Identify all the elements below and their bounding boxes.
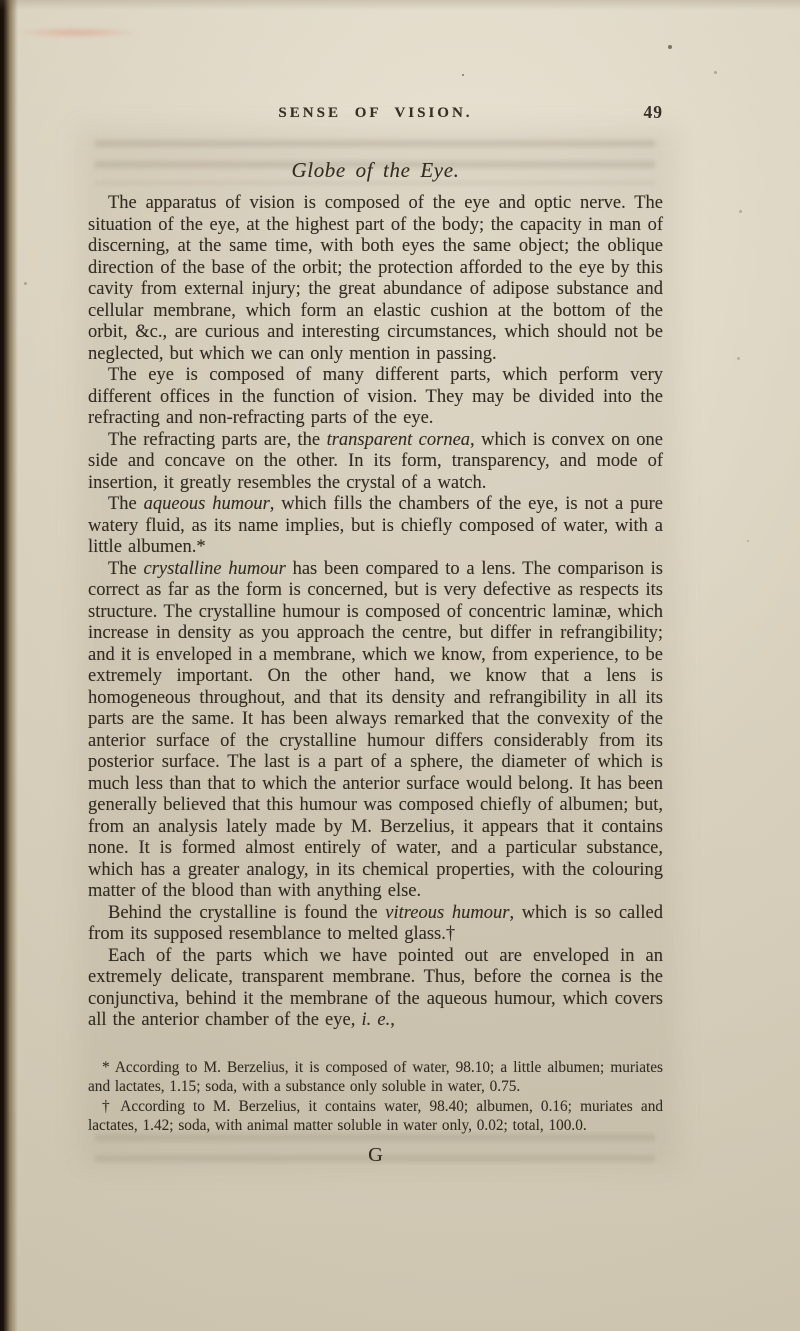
paper-speck (714, 71, 717, 74)
italic-term-aqueous-humour: aqueous humour (144, 494, 270, 514)
book-page-scan: SENSE OF VISION. 49 Globe of the Eye. Th… (0, 0, 800, 1331)
paper-speck (747, 540, 749, 542)
paragraph-apparatus-of-vision: The apparatus of vision is composed of t… (88, 193, 663, 365)
footnote-asterisk: * According to M. Berzelius, it is compo… (88, 1058, 663, 1097)
running-header: SENSE OF VISION. 49 (88, 104, 663, 126)
paragraph-text: , (390, 1010, 395, 1030)
paragraph-eye-parts: The eye is composed of many different pa… (88, 365, 663, 430)
italic-term-ie: i. e. (361, 1010, 390, 1030)
paragraph-text: has been compared to a lens. The compari… (88, 559, 663, 902)
text-block: SENSE OF VISION. 49 Globe of the Eye. Th… (88, 0, 663, 1167)
footnotes: * According to M. Berzelius, it is compo… (88, 1058, 663, 1136)
paper-speck (668, 45, 672, 49)
book-gutter-shadow (0, 0, 18, 1331)
footnote-dagger: † According to M. Berzelius, it contains… (88, 1097, 663, 1136)
paragraph-text: Behind the crystalline is found the (108, 903, 385, 923)
italic-term-vitreous-humour: vitreous humour (385, 903, 509, 923)
paper-speck (739, 210, 742, 213)
section-heading: Globe of the Eye. (88, 158, 663, 183)
paragraph-text: The (108, 494, 144, 514)
body-text: The apparatus of vision is composed of t… (88, 193, 663, 1032)
paragraph-refracting-parts: The refracting parts are, the transparen… (88, 430, 663, 495)
paragraph-membranes: Each of the parts which we have pointed … (88, 946, 663, 1032)
paragraph-text: The (108, 559, 144, 579)
running-title: SENSE OF VISION. (278, 105, 472, 121)
paragraph-crystalline-humour: The crystalline humour has been compared… (88, 559, 663, 903)
page-number: 49 (644, 102, 664, 123)
italic-term-crystalline-humour: crystalline humour (144, 559, 286, 579)
signature-mark: G (88, 1144, 663, 1167)
paper-speck (737, 357, 740, 360)
paper-speck (24, 282, 27, 285)
paragraph-text: The apparatus of vision is composed of t… (88, 193, 663, 364)
italic-term-transparent-cornea: transparent cornea (327, 430, 470, 450)
paragraph-vitreous-humour: Behind the crystalline is found the vitr… (88, 903, 663, 946)
paragraph-aqueous-humour: The aqueous humour, which fills the cham… (88, 494, 663, 559)
paragraph-text: The eye is composed of many different pa… (88, 365, 663, 428)
paragraph-text: The refracting parts are, the (108, 430, 327, 450)
